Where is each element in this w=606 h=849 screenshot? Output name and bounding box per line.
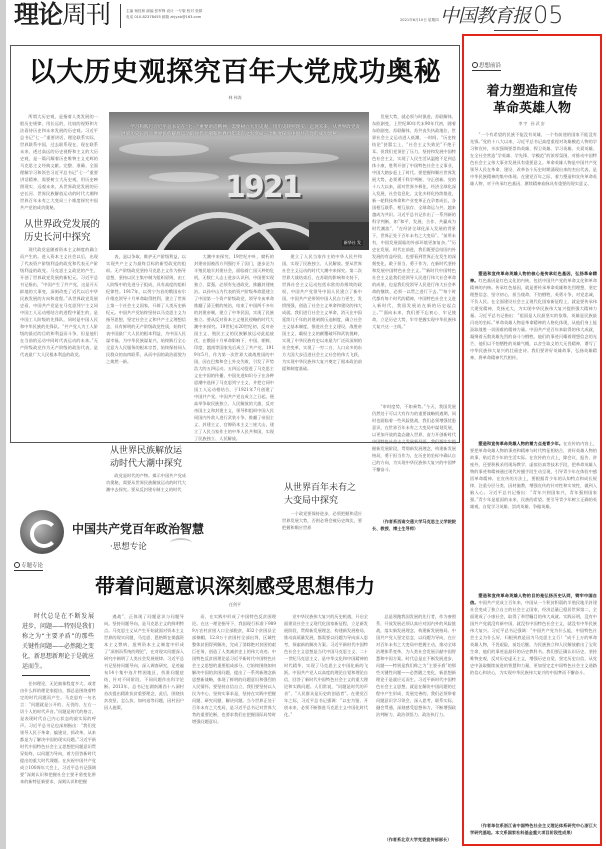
body-text: 任何理论，无论抽象程度多大、或者由什么样的理论家提出，都总是围绕着特定的时代问题… [20, 680, 96, 785]
subhead-party-history: 从世界政党发展的历史长河中探究 [24, 218, 100, 244]
body-text: 大潮中来探究。19世纪中叶，腐朽的封建帝国被西方列强打开了国门，逐步沦为半殖民地… [194, 253, 274, 442]
body-text: 现代政党是随着资本主义制度的确立而产生的。进入资本主义社会以后，出现了代表资产阶… [20, 246, 98, 358]
main-col2-tail: 政党是时代的产物。揭示中国共产党成功奥秘，需要从世界民族解放运动的时代大潮中去探… [106, 472, 186, 508]
subhead-great-change: 从世界百年未有之大变局中探究 [284, 482, 364, 508]
sidebar-author-note: （作者单位系浙江省中国特色社会主义理论体系研究中心浙江大学研究基地。本文系国家社… [470, 822, 597, 844]
dove-icon [170, 538, 192, 548]
masthead-underline [494, 30, 538, 31]
body-text: “一个有希望的民族不能没有英雄，一个有前途的国家不能没有先锋。”党的十八大以来，… [470, 131, 597, 187]
author-note-text: （作者单位系浙江省中国特色社会主义理论体系研究中心浙江大学研究基地。本文系国家社… [470, 822, 597, 836]
body-text: 表，是以争取、维护无产阶级利益，以实现共产主义为最终目标的新型政党的组织。无产阶… [106, 253, 186, 365]
main-col5: 发展大势，就必须与时俱进。苏联解体、东欧剧变，上世纪80年代末90年代初，随着东… [372, 113, 456, 403]
masthead-meta: 主编 杨桂林 副编 张军锋 设计 一专版 校对 张婧 电话 010-823784… [126, 8, 202, 20]
bottom-col3: 而，在实践中形成了中国特色反贫困理论。在这一理论指导下，我国现行标准下9899万… [192, 613, 276, 846]
body-text: 而，在实践中形成了中国特色反贫困理论。在这一理论指导下，我国现行标准下9899万… [192, 613, 276, 725]
main-author: 林 伟涛 [10, 95, 460, 101]
bottom-author: 任剑平 [10, 602, 460, 608]
sidebar-headline[interactable]: 着力塑造和宣传 革命英雄人物 [464, 83, 600, 117]
photo-credit: 新华社 发 [342, 240, 363, 246]
section-title: 理论周刊 [14, 0, 110, 30]
page-number: 05 [533, 2, 564, 28]
pull-quote-rule [22, 675, 90, 676]
contact-info: 电话 010-82378455 邮箱 zhjyxb@163.com [126, 14, 202, 20]
section-tag-icon [14, 562, 20, 568]
masthead-divider [120, 4, 121, 28]
section-title-light: 周刊 [62, 0, 110, 29]
sidebar-body-3: 塑造和宣传革命英雄人物的着力点是青少年。在宣传的内容上，要把革命英雄人物的事迹和… [470, 440, 597, 590]
section-tag-label: 思想前沿 [479, 63, 501, 69]
page-edge [0, 0, 6, 849]
section-tag-label: 专题专论 [21, 563, 43, 569]
body-text: 在宣传的内容上，要把革命英雄人物的事迹和精神与时代特征相结合，讲好英雄人物的故事… [470, 441, 597, 509]
body-text: 遇战”，正体现了问题意识与问题导向。坚持问题导向，是马克思主义的鲜明特点。马克思… [104, 613, 184, 711]
promo-subtitle: ·思想专论 [110, 540, 147, 552]
photo-cloud [119, 142, 209, 156]
section-title-bold: 理论 [14, 0, 62, 29]
body-text: 一个政党要保持进步，必须把握和适应世界发展大势，否则必将会被历史淘汰，要把握和顺… [282, 510, 362, 531]
masthead: 理论周刊 主编 杨桂林 副编 张军锋 设计 一专版 校对 张婧 电话 010-8… [8, 0, 606, 34]
body-text: 所谓大历史观，是指着人类发展的一般历史规律，用长远的、比较的视野和方法看待历史和… [20, 113, 98, 211]
main-headline[interactable]: 以大历史观探究百年大党成功奥秘 [10, 53, 460, 93]
author-note-text: （作者系西南交通大学马克思主义学院院长、教授、博士生导师） [372, 518, 456, 532]
body-text: 发展大势，就必须与时俱进。苏联解体、东欧剧变，上世纪80年代末90年代初，随着东… [372, 113, 456, 330]
subhead-liberation: 从世界民族解放运动时代大潮中探究 [110, 445, 190, 471]
main-col2: 表，是以争取、维护无产阶级利益，以实现共产主义为最终目标的新型政党的组织。无产阶… [106, 253, 186, 441]
main-col5-tail: “审时度势，不如乘势。”今天，我国发展仍然处于可以大有作为的重要战略机遇期，同时… [372, 403, 456, 511]
promo-title: 中国共产党百年政治智慧 [72, 520, 204, 537]
author-note-text: （作者系北京大学党委宣传部部长） [376, 836, 460, 843]
sidebar-section-tag[interactable]: 思想前沿 [472, 62, 501, 71]
sidebar-body-4: 塑造和宣传革命英雄人物的目的是弘扬历史认同，铸牢中国自信。中国共产党成立百年来，… [470, 592, 597, 820]
sidebar-headline-line2: 革命英雄人物 [464, 100, 600, 117]
party-emblem-icon [20, 510, 64, 554]
bottom-col4: 党中华民族伟大复兴的历史机遇，开启全面建设社会主义现代化国家新征程，立足新发展阶… [284, 613, 368, 846]
body-text: 红色基因是红色文化的内核，包括中国共产党的革命文化和革命精神的内核。传承红色基因… [470, 278, 597, 360]
sidebar-headline-line1: 着力塑造和宣传 [464, 83, 600, 100]
main-author-note: （作者系西南交通大学马克思主义学院院长、教授、博士生导师） [372, 518, 456, 540]
main-col1-intro: 所谓大历史观，是指着人类发展的一般历史规律，用长远的、比较的视野和方法看待历史和… [20, 113, 98, 218]
body-text: 总是领跑我国发展的先行者，作为参照系，开放发展必须认真应对国内外的风险挑战，落实… [376, 613, 456, 718]
main-col4-tail: 一个政党要保持进步，必须把握和适应世界发展大势，否则必将会被历史淘汰，要把握和顺… [282, 510, 362, 538]
main-photo[interactable]: 学习和践行习近平总书记在“七一”重要讲话精神，需要树立大历史观，用历史映照现实、… [109, 112, 369, 250]
main-col3: 大潮中来探究。19世纪中叶，腐朽的封建帝国被西方列强打开了国门，逐步沦为半殖民地… [194, 253, 274, 511]
bottom-col2: 遇战”，正体现了问题意识与问题导向。坚持问题导向，是马克思主义的鲜明特点。马克思… [104, 613, 184, 846]
bottom-headline[interactable]: 带着问题意识深刻感受思想伟力 [10, 572, 460, 600]
photo-caption: 学习和践行习近平总书记在“七一”重要讲话精神，需要树立大历史观，用历史映照现实、… [121, 124, 361, 138]
bottom-col5: 总是领跑我国发展的先行者，作为参照系，开放发展必须认真应对国内外的风险挑战，落实… [376, 613, 456, 835]
main-col4: 建立了人民当家作主的中华人民共和国，实现了民族独立、人民解放。要从世界社会主义运… [282, 253, 362, 479]
photo-sign-1921: 1921 [225, 170, 301, 205]
bottom-section-tag[interactable]: 专题专论 [14, 562, 43, 571]
promo-banner[interactable]: 中国共产党百年政治智慧 ·思想专论 [20, 510, 195, 570]
bottom-author-note: （作者系北京大学党委宣传部部长） [376, 836, 460, 846]
body-text: 党中华民族伟大复兴的历史机遇，开启全面建设社会主义现代化国家新征程，立足新发展阶… [284, 613, 368, 718]
main-col1-body: 现代政党是随着资本主义制度的确立而产生的。进入资本主义社会以后，出现了代表资产阶… [20, 246, 98, 506]
body-text: “审时度势，不如乘势。”今天，我国发展仍然处于可以大有作为的重要战略机遇期，同时… [372, 403, 456, 473]
pull-quote: 时代总是在不断发展进步，问题——特别是我们称之为“主要矛盾”的那些关键性问题——… [22, 612, 94, 672]
body-text: 中国共产党成立百年来，中国从一个积贫积弱的半殖民地半封建社会变成了独立自主的社会… [470, 600, 597, 675]
body-text: 建立了人民当家作主的中华人民共和国，实现了民族独立、人民解放。要从世界社会主义运… [282, 253, 362, 372]
sidebar-author: 李宇 孙武安 [464, 121, 600, 127]
sidebar-body-1: “一个有希望的民族不能没有英雄，一个有前途的国家不能没有先锋。”党的十八大以来，… [470, 131, 597, 269]
sidebar-lead-3: 塑造和宣传革命英雄人物的着力点是青少年。 [478, 441, 563, 446]
sidebar-body-2: 塑造和宣传革命英雄人物的核心是传承红色基因，弘扬革命精神。红色基因是红色文化的内… [470, 270, 597, 440]
bottom-col1: 任何理论，无论抽象程度多大、或者由什么样的理论家提出，都总是围绕着特定的时代问题… [20, 680, 96, 846]
newspaper-logo: 中国教育报 [440, 4, 530, 28]
issue-date: 2021年6月10日 星期四 [400, 18, 439, 23]
photo-cloud [229, 152, 339, 164]
body-text: 政党是时代的产物。揭示中国共产党成功奥秘，需要从世界民族解放运动的时代大潮中去探… [106, 472, 186, 493]
photo-cloud [149, 172, 219, 182]
section-tag-icon [472, 62, 478, 68]
